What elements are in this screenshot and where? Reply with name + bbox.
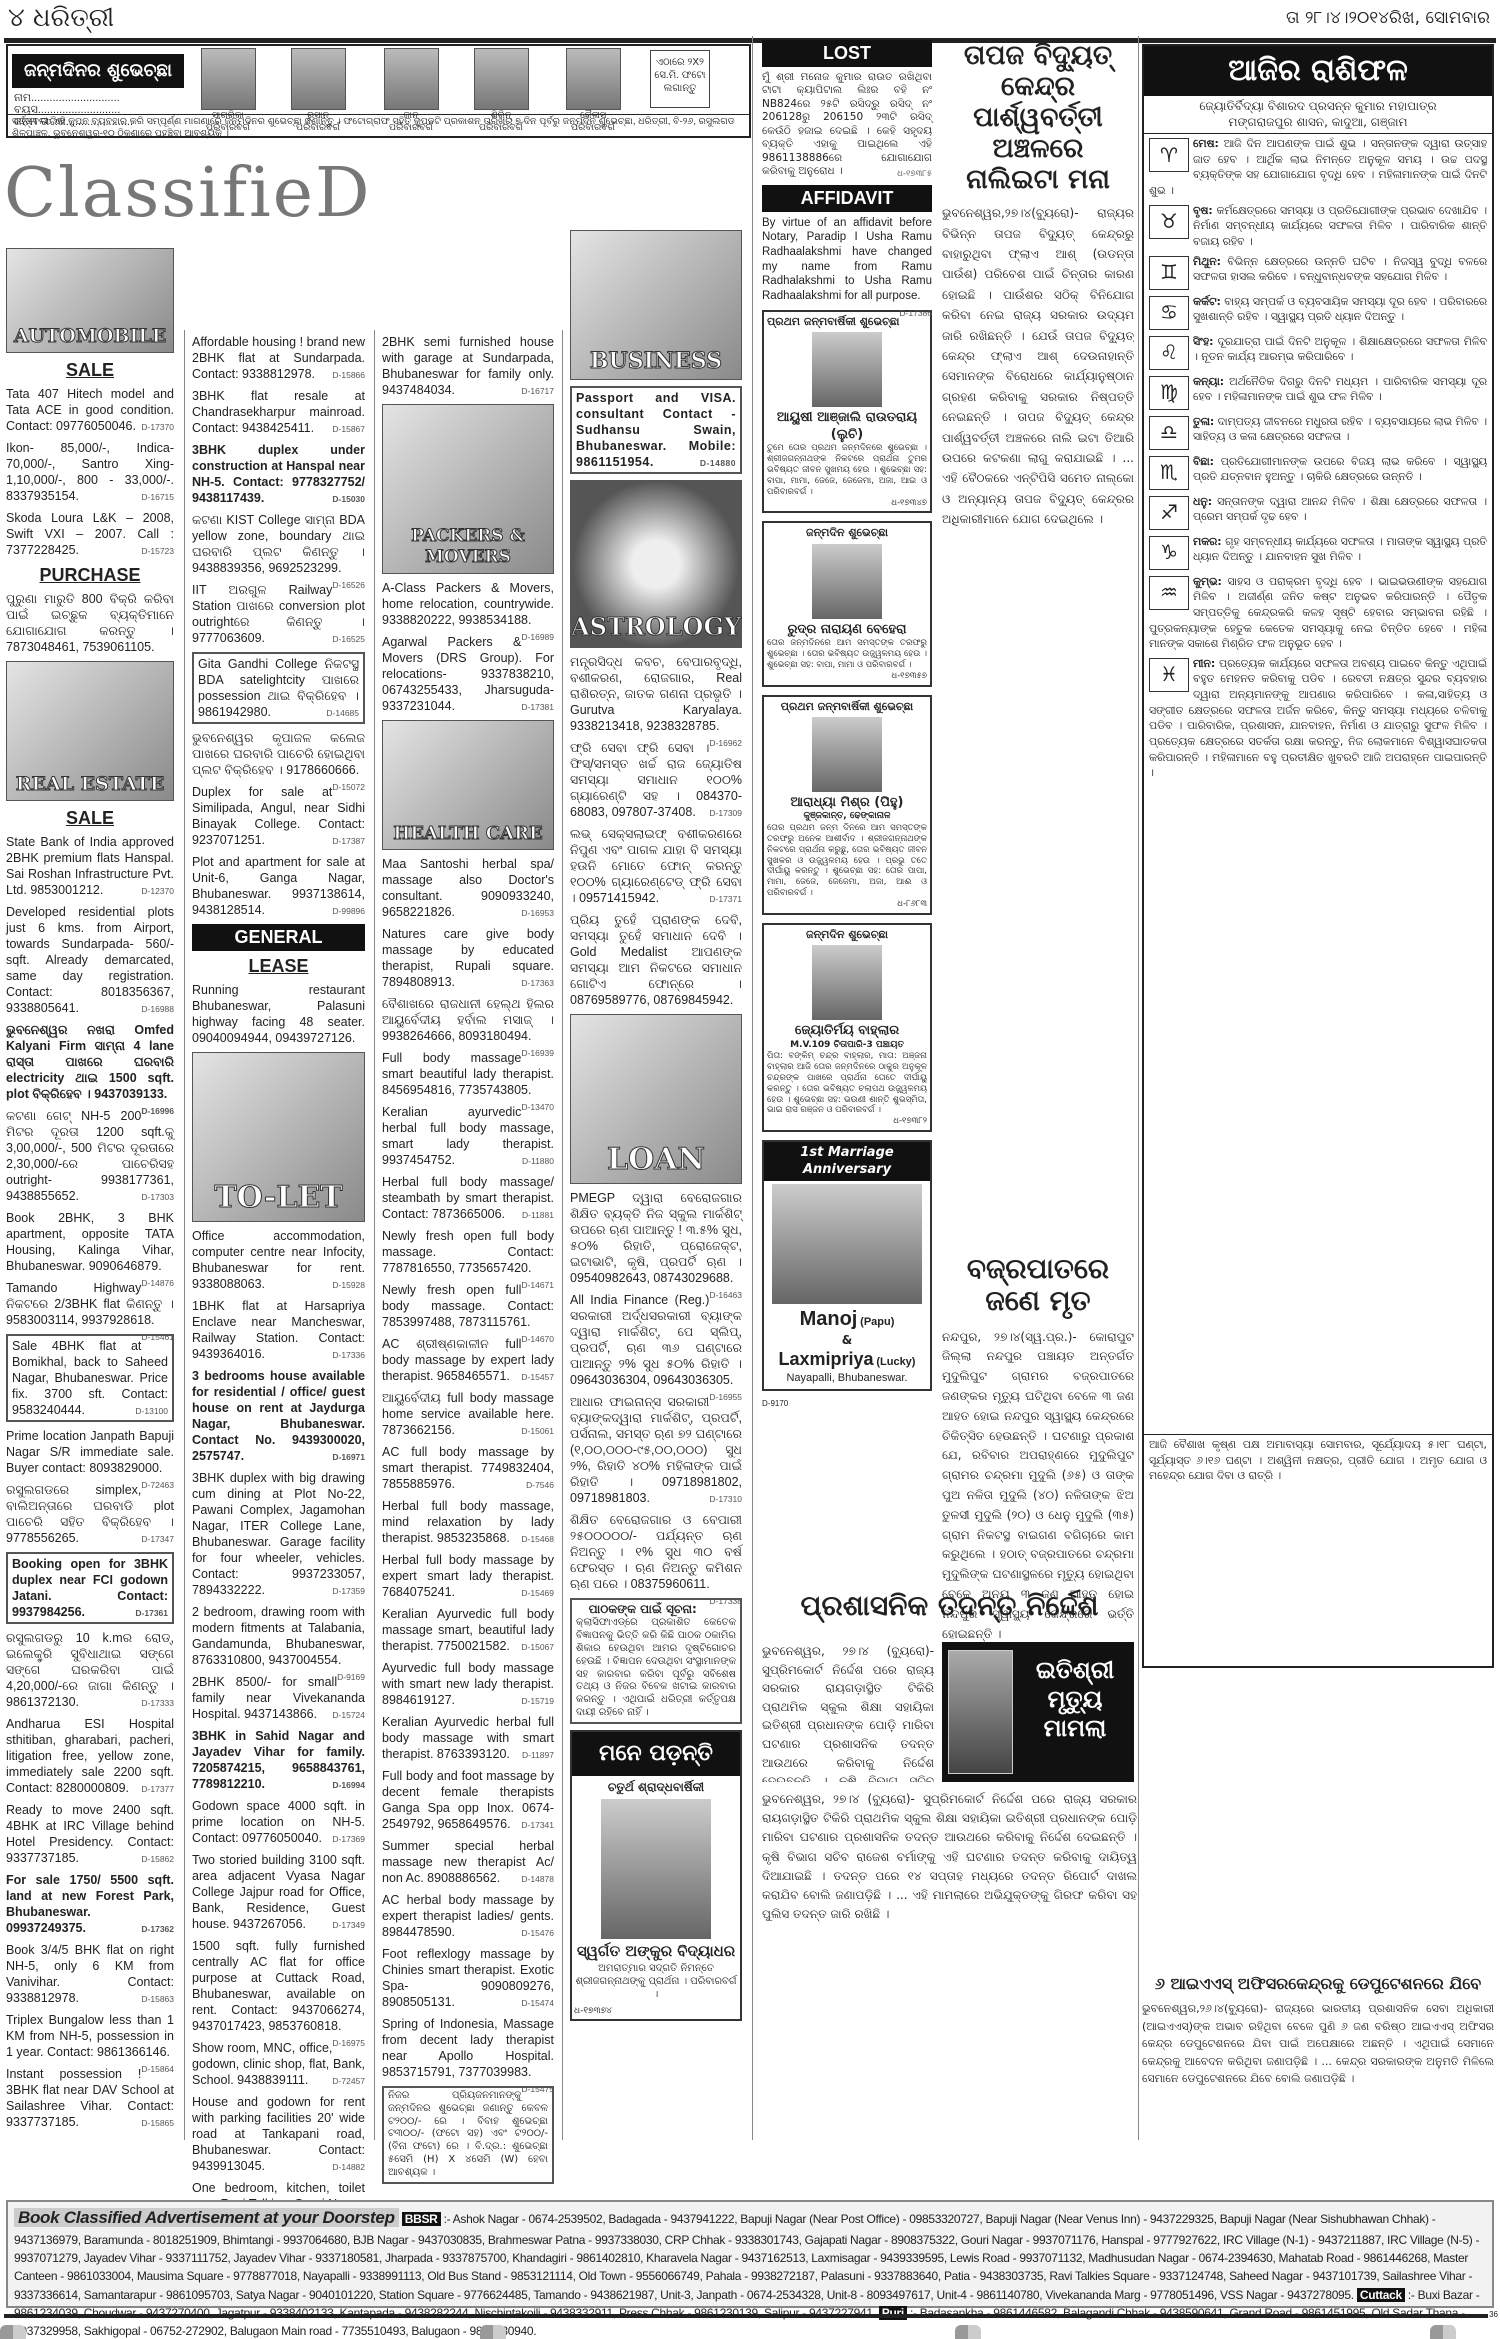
classified-ad: ଶିକ୍ଷିତ ବେରୋଜଗାର ଓ ବେପାରୀ ୨୫୦୦୦୦୦/- ପର୍ଯ… [570,1512,742,1592]
classified-logo: ClassifieD [4,150,374,240]
classified-ad: 2 bedroom, drawing room with modern fitm… [192,1604,365,1668]
news-body: ଭୁବନେଶ୍ୱର,୨୭।୪(ବ୍ୟୁରୋ)- ରାଜ୍ୟର ବିଭିନ୍ନ ତ… [942,203,1134,1243]
classified-ad: Herbal full body massage by expert smart… [382,1552,554,1600]
zodiac-icon: ♍ [1149,376,1189,410]
realestate-banner: REAL ESTATE [6,661,174,801]
classified-ad: Ayurvedic full body massage with smart n… [382,1660,554,1708]
horoscope-sign: ♒କୁମ୍ଭ: ସାହସ ଓ ପରାକ୍ରମ ବୃଦ୍ଧି ହେବ । ଭାଇଭ… [1144,572,1492,654]
classified-ad: Keralian Ayurvedic full body massage sma… [382,1606,554,1654]
reader-notice: ପାଠକଙ୍କ ପାଇଁ ସୂଚନା: କ୍ଲାସିଫାଏଡ୍‌ରେ ପ୍ରକା… [570,1598,742,1724]
classified-ad: Booking open for 3BHK duplex near FCI go… [6,1552,174,1624]
zodiac-icon: ♋ [1149,296,1189,330]
classified-ad: କଟଣା KIST College ସାମ୍ନା BDA yellow zone… [192,512,365,576]
business-banner: BUSINESS [570,230,742,380]
horoscope-panel: ଆଜିର ରାଶିଫଳ ଜ୍ୟୋତିର୍ବିଦ୍ୟା ବିଶାରଦ ପ୍ରସନ୍… [1142,44,1494,1668]
classified-ad: Running restaurant Bhubaneswar, Palasuni… [192,982,365,1046]
classified-ad: State Bank of India approved 2BHK premiu… [6,834,174,898]
classified-ad: Natures care give body massage by educat… [382,926,554,990]
city-label: BBSR [402,2212,441,2226]
horoscope-sign: ♋କର୍କଟ: ବାହ୍ୟ ସମ୍ପର୍କ ଓ ବ୍ୟବସାୟିକ ସମସ୍ୟା… [1144,292,1492,332]
classified-ad: Duplex for sale at Similipada, Angul, ne… [192,784,365,848]
greeting-rates-notice: ନିଜର ପ୍ରିୟଜନମାନଙ୍କୁ ଜନ୍ମଦିନର ଶୁଭେଚ୍ଛା ଜଣ… [382,2086,554,2184]
classified-ad: 2BHK semi furnished house with garage at… [382,334,554,398]
affidavit-heading: AFFIDAVIT [762,185,932,212]
classified-ad: Tata 407 Hitech model and Tata ACE in go… [6,386,174,434]
classified-ad: 3BHK in Sahid Nagar and Jayadev Vihar fo… [192,1728,365,1792]
classified-ad: Developed residential plots just 6 kms. … [6,904,174,1016]
horoscope-sign: ♏ବିଛା: ପ୍ରତିଯୋଗୀମାନଙ୍କ ଉପରେ ବିଜୟ ଲାଭ କରି… [1144,452,1492,492]
classified-ad: Andharua ESI Hospital sthitiban, gharaba… [6,1716,174,1796]
classified-ad: ପୁରୁଣା ମାରୁତି 800 ବିକ୍ରି କରିବା ପାଇଁ ଇଚ୍ଛ… [6,591,174,655]
column-4: BUSINESS Passport and VISA. consultant C… [570,230,742,2029]
greeting-card: ଜନ୍ମଦିନ ଶୁଭେଚ୍ଛାଜ୍ୟୋତିର୍ମୟ ବାହ୍ଲାରM.V.10… [762,923,932,1132]
classified-ad: Maa Santoshi herbal spa/ massage also Do… [382,856,554,920]
classified-ad: ଲଭ୍ ସେକ୍ସଲାଇଫ୍ ବଶୀକରଣରେ ନିପୁଣ ଏବଂ ପାଗଳ ଯ… [570,826,742,906]
horoscope-sign: ♎ତୁଳା: ଦାମ୍ପତ୍ୟ ଜୀବନରେ ମଧୁରତା ରହିବ । ବ୍ୟ… [1144,412,1492,452]
column-1: AUTOMOBILE SALE Tata 407 Hitech model an… [6,248,174,2136]
city-label: Cuttack [1357,2288,1405,2302]
classified-ad: ପ୍ରିୟ ତୁହେଁ ପ୍ରାଣଙ୍କ ଦେବି, ସମସ୍ୟା ତୁହେଁ … [570,912,742,1008]
classified-ad: Herbal full body massage, mind relaxatio… [382,1498,554,1546]
classified-ad: Foot reflexlogy massage by Chinies smart… [382,1946,554,2010]
classified-ad: Plot and apartment for sale at Unit-6, G… [192,854,365,918]
column-2: Affordable housing ! brand new 2BHK flat… [192,334,365,2234]
horoscope-sign: ♓ମୀନ: ପ୍ରତ୍ୟେକ କାର୍ଯ୍ୟରେ ସଫଳତା ଅବଶ୍ୟ ପାଇ… [1144,654,1492,783]
classified-ad: Two storied building 3100 sqft. area adj… [192,1852,365,1932]
classified-ad: ଭୁବନେଶ୍ୱର କୃପାଜଳ କଲେଜ ପାଖରେ ଘରବାରି ପାଚେର… [192,730,365,778]
classified-ad: ଆୟୁର୍ବେଦୀୟ full body massage home servic… [382,1390,554,1438]
photo-caption-box: ଇତିଶ୍ରୀ ମୃତ୍ୟୁ ମାମଲା [942,1642,1134,1782]
classified-ad: Passport and VISA. consultant Contact - … [570,386,742,474]
page-date: ତା ୨୮।୪।୨୦୧୪ରିଖ, ସୋମବାର [1286,8,1490,30]
anniversary-card: 1st Marriage Anniversary Manoj (Papu) & … [762,1140,932,1390]
lost-heading: LOST [762,40,932,67]
booking-centers-footer: Book Classified Advertisement at your Do… [6,2200,1494,2308]
registration-mark [480,2325,506,2339]
registration-mark [0,2325,26,2339]
zodiac-icon: ♒ [1149,576,1189,610]
classified-ad: A-Class Packers & Movers, home relocatio… [382,580,554,628]
zodiac-icon: ♓ [1149,658,1189,692]
news-headline: ବଜ୍ରପାତରେ ଜଣେ ମୃତ [942,1253,1134,1317]
section-heading: SALE [6,807,174,830]
classified-ad: ଫ୍ରି ସେବା ଫ୍ରି ସେବା । ଫିସ୍/ସମସ୍ତ ଖର୍ଚ୍ଚ … [570,740,742,820]
news-headline: ତାପଜ ବିଦ୍ୟୁତ୍ କେନ୍ଦ୍ର ପାର୍ଶ୍ୱବର୍ତ୍ତୀ ଅଞ୍… [942,40,1134,195]
header-rule [4,38,1496,43]
classified-ad: Newly fresh open full body massage. Cont… [382,1228,554,1276]
classified-ad: Godown space 4000 sqft. in prime locatio… [192,1798,365,1846]
horoscope-sign: ♊ମିଥୁନ: ବିଭିନ୍ନ କ୍ଷେତ୍ରରେ ଉନ୍ନତି ଘଟିବ । … [1144,252,1492,292]
classified-ad: Herbal full body massage/ steambath by s… [382,1174,554,1222]
classified-ad: Triplex Bungalow less than 1 KM from NH-… [6,2012,174,2060]
zodiac-icon: ♏ [1149,456,1189,490]
classified-ad: Book 2BHK, 3 BHK apartment, opposite TAT… [6,1210,174,1274]
zodiac-icon: ♈ [1149,138,1189,172]
general-heading: GENERAL [192,924,365,951]
classified-ad: House and godown for rent with parking f… [192,2094,365,2174]
horoscope-sign: ♌ସିଂହ: ଦୂରଯାତ୍ରା ପାଇଁ ଦିନଟି ଅନୁକୂଳ । ଶିକ… [1144,332,1492,372]
classified-ad: AC herbal body massage by expert therapi… [382,1892,554,1940]
news-column-1: ତାପଜ ବିଦ୍ୟୁତ୍ କେନ୍ଦ୍ର ପାର୍ଶ୍ୱବର୍ତ୍ତୀ ଅଞ୍… [942,40,1134,1644]
birthday-coupon-title: ଜନ୍ମଦିନର ଶୁଭେଚ୍ଛା [12,54,184,88]
news-headline: ପ୍ରଶାସନିକ ତଦନ୍ତ ନିର୍ଦ୍ଦେଶ [762,1590,1137,1622]
memorial-card: ମନେ ପଡ଼ନ୍ତି ଚତୁର୍ଥ ଶ୍ରାଦ୍ଧବାର୍ଷିକୀ ସ୍ୱର୍… [570,1730,742,2022]
column-5: LOST ମୁଁ ଶ୍ରୀ ମନୋଜ କୁମାର ରାଉତ ରଖିଥିବା ଟା… [762,36,932,1409]
classified-ad: IIT ଅରଗୁଳ Railway Station ପାଖରେ conversi… [192,582,365,646]
news-body: ଭୁବନେଶ୍ୱର, ୨୭।୪ (ବ୍ୟୁରୋ)- ସୁପ୍ରିମକୋର୍ଟ ନ… [762,1642,934,1782]
classified-ad: Affordable housing ! brand new 2BHK flat… [192,334,365,382]
classified-ad: 1BHK flat at Harsapriya Enclave near Man… [192,1298,365,1362]
news-headline: ୬ ଆଇଏଏସ୍ ଅଫିସରକେନ୍ଦ୍ରକୁ ଡେପୁଟେଶନରେ ଯିବେ [1142,1975,1494,1993]
classified-ad: Book 3/4/5 BHK flat on right NH-5, only … [6,1942,174,2006]
news-body-continued: ଭୁବନେଶ୍ୱର, ୨୭।୪ (ବ୍ୟୁରୋ)- ସୁପ୍ରିମକୋର୍ଟ ନ… [762,1790,1137,2130]
ad-code: D-9170 [762,1399,932,1409]
classified-ad: For sale 1750/ 5500 sqft. land at new Fo… [6,1872,174,1936]
classified-ad: Ready to move 2400 sqft. 4BHK at IRC Vil… [6,1802,174,1866]
bottom-rule [4,2314,1488,2318]
section-heading: LEASE [192,955,365,978]
classified-ad: Prime location Janpath Bapuji Nagar S/R … [6,1428,174,1476]
classified-ad: Summer special herbal massage new therap… [382,1838,554,1886]
classified-ad: Sale 4BHK flat at Bomikhal, back to Sahe… [6,1334,174,1422]
horoscope-title: ଆଜିର ରାଶିଫଳ [1144,46,1492,96]
footer-lead: Book Classified Advertisement at your Do… [14,2208,399,2227]
classified-ad: 3BHK duplex with big drawing cum dining … [192,1470,365,1598]
healthcare-banner: HEALTH CARE [382,720,554,850]
column-3: 2BHK semi furnished house with garage at… [382,334,554,2190]
packers-banner: PACKERS & MOVERS [382,404,554,574]
zodiac-icon: ♊ [1149,256,1189,290]
classified-ad: Agarwal Packers & Movers (DRS Group). Fo… [382,634,554,714]
loan-banner: LOAN [570,1014,742,1184]
zodiac-icon: ♌ [1149,336,1189,370]
horoscope-sign: ♉ବୃଷ: କର୍ମକ୍ଷେତ୍ରରେ ସମସ୍ୟା ଓ ପ୍ରତିଯୋଗୀଙ୍… [1144,201,1492,252]
news-body: ଭୁବନେଶ୍ୱର,୨୬।୪(ବ୍ୟୁରୋ)- ରାଜ୍ୟରେ ଭାରତୀୟ ପ… [1142,2000,1494,2130]
horoscope-sign: ♐ଧନୁ: ସନ୍ତାନଙ୍କ ଦ୍ୱାରା ଆନନ୍ଦ ମିଳିବ । ଶିକ… [1144,492,1492,532]
classified-ad: 3BHK flat resale at Chandrasekharpur mai… [192,388,365,436]
classified-ad: Instant possession ! 3BHK flat near DAV … [6,2066,174,2130]
classified-ad: କଟଣା ଗେଟ୍ NH-5 200 ମିଟର ଦୂରତା 1200 sqft.… [6,1108,174,1204]
registration-mark [1430,2325,1456,2339]
classified-ad: Gita Gandhi College ନିକଟସ୍ଥ BDA sateligh… [192,652,365,724]
page-number: 36 [1489,2310,1498,2320]
classified-ad: ଆଧାର ଫାଇନାନ୍ସ ସରକାରୀ ବ୍ୟାଙ୍କଦ୍ୱାରା ମାର୍କ… [570,1394,742,1506]
classified-ad: ଭୁବନେଶ୍ୱର ନଖରା Omfed Kalyani Firm ସାମ୍ନା… [6,1022,174,1102]
greeting-card: ପ୍ରଥମ ଜନ୍ମବାର୍ଷିକୀ ଶୁଭେଚ୍ଛାଆରାଧ୍ୟା ମିଶ୍ର… [762,695,932,915]
classified-ad: ରସୁଲଗଡରୁ 10 k.mର ରୋଡ୍, ଇଲେକ୍ଟ୍ରି ସୁବିଧାଥ… [6,1630,174,1710]
section-heading: PURCHASE [6,564,174,587]
astrology-banner: ASTROLOGY [570,480,742,648]
classified-ad: Office accommodation, computer centre ne… [192,1228,365,1292]
horoscope-sign: ♈ମେଷ: ଆଜି ଦିନ ଆପଣଙ୍କ ପାଇଁ ଶୁଭ । ସନ୍ତାନଙ୍… [1144,134,1492,201]
affidavit-notice: By virtue of an affidavit before Notary,… [762,216,932,304]
registration-mark [955,2325,981,2339]
classified-ad: Ikon- 85,000/-, Indica- 70,000/-, Santro… [6,440,174,504]
photo-slot: ଏଠାରେ ୨X୨ ସେ.ମି. ଫଟୋ ଲଗାନ୍ତୁ [650,50,710,108]
classified-ad: ମନ୍ତ୍ରସିଦ୍ଧ କବଚ, ବେପାରବୃଦ୍ଧି, ବଶୀକରଣ, ରୋ… [570,654,742,734]
panchang: ଆଜି ବୈଶାଖ କୃଷ୍ଣ ପକ୍ଷ ଅମାବାସ୍ୟା ସୋମବାର, ସ… [1144,1434,1492,1666]
zodiac-icon: ♑ [1149,536,1189,570]
tolet-banner: TO-LET [192,1052,365,1222]
classified-ad: ରସୁଲଗଡରେ simplex, ବାଲିଅନ୍ତାରେ ଘରବାଡି plo… [6,1482,174,1546]
classified-ad: Keralian ayurvedic herbal full body mass… [382,1104,554,1168]
automobile-banner: AUTOMOBILE [6,248,174,353]
horoscope-sign: ♑ମକର: ଗୃହ ସମ୍ବନ୍ଧୀୟ କାର୍ଯ୍ୟରେ ସଫଳତା । ମା… [1144,532,1492,572]
classified-ad: Full body and foot massage by decent fem… [382,1768,554,1832]
classified-ad: AC full body massage by smart therapist.… [382,1444,554,1492]
lost-notice: ମୁଁ ଶ୍ରୀ ମନୋଜ କୁମାର ରାଉତ ରଖିଥିବା ଟାଟା କ୍… [762,71,932,179]
classified-ad: Spring of Indonesia, Massage from decent… [382,2016,554,2080]
zodiac-icon: ♐ [1149,496,1189,530]
classified-ad: 3BHK duplex under construction at Hanspa… [192,442,365,506]
classified-ad: ବୈଶାଖରେ ରାଜଧାନୀ ହେଲ୍ଥ ହିଲର ଆୟୁର୍ବେଦୀୟ ହର… [382,996,554,1044]
classified-ad: 1500 sqft. fully furnished centrally AC … [192,1938,365,2034]
coupon-terms: ସର୍ତ୍ତାବଳୀ: ଏହି କୁପନ ବ୍ୟବହାର କରି ସମ୍ପୂର୍… [8,114,749,136]
section-heading: SALE [6,359,174,382]
classified-ad: 3 bedrooms house available for residenti… [192,1368,365,1464]
classified-ad: All India Finance (Reg.) ସରକାରୀ ଅର୍ଦ୍ଧସର… [570,1292,742,1388]
classified-ad: Keralian Ayurvedic herbal full body mass… [382,1714,554,1762]
classified-ad: Skoda Loura L&K – 2008, Swift VXI – 2007… [6,510,174,558]
horoscope-sign: ♍କନ୍ୟା: ଅର୍ଥନୈତିକ ଦିଗରୁ ଦିନଟି ମଧ୍ୟମ । ପା… [1144,372,1492,412]
zodiac-icon: ♉ [1149,205,1189,239]
birthday-coupon: ଜନ୍ମଦିନର ଶୁଭେଚ୍ଛା ନାମ...................… [6,44,751,138]
horoscope-author: ଜ୍ୟୋତିର୍ବିଦ୍ୟା ବିଶାରଦ ପ୍ରସନ୍ନ କୁମାର ମହାପ… [1144,96,1492,134]
page-label: ୪ ଧରିତ୍ରୀ [8,2,114,35]
greeting-card: ଜନ୍ମଦିନ ଶୁଭେଚ୍ଛାରୁଦ୍ର ନାରାୟଣ ବେହେରାତୋର ଜ… [762,521,932,686]
zodiac-icon: ♎ [1149,416,1189,450]
greeting-card: ପ୍ରଥମ ଜନ୍ମବାର୍ଷିକୀ ଶୁଭେଚ୍ଛାଆୟୁଷୀ ଆଞ୍ଜାଲି… [762,310,932,514]
classified-ad: PMEGP ଦ୍ୱାରା ବେରୋଜଗାର ଶିକ୍ଷିତ ବ୍ୟକ୍ତି ନି… [570,1190,742,1286]
